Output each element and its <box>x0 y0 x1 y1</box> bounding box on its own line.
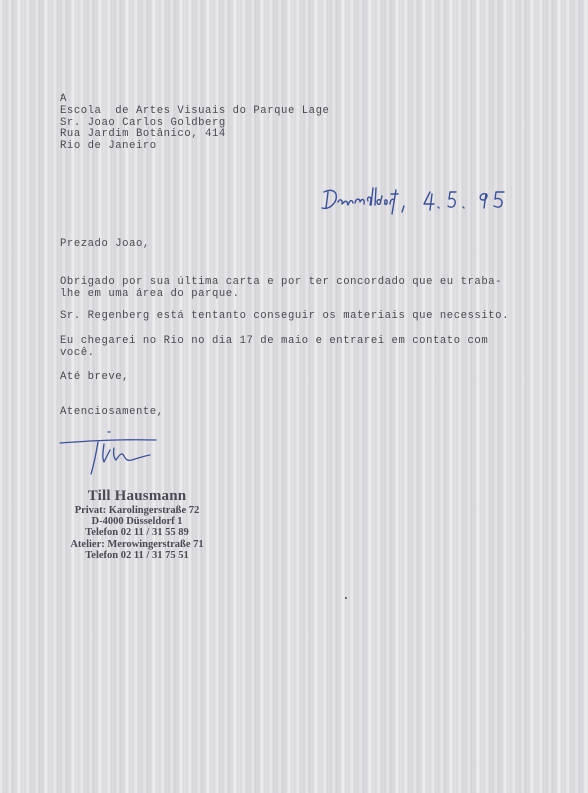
paper-speck <box>61 95 62 96</box>
recipient-line-2: Sr. Joao Carlos Goldberg <box>60 117 226 129</box>
recipient-line-3: Rua Jardim Botânico, 414 <box>60 128 226 140</box>
body-paragraph-1: Obrigado por sua última carta e por ter … <box>60 277 502 301</box>
closing-regards: Atenciosamente, <box>60 407 164 419</box>
letter-page: A Escola de Artes Visuais do Parque Lage… <box>0 0 588 793</box>
stamp-phone-atelier: Telefon 02 11 / 31 75 51 <box>62 550 212 561</box>
handwritten-place-date: Düsseldorf, 4. 5. 93 <box>318 180 528 220</box>
signature-icon <box>58 430 168 480</box>
recipient-line-4: Rio de Janeiro <box>60 140 157 152</box>
recipient-line-1: Escola de Artes Visuais do Parque Lage <box>60 105 329 117</box>
stamp-private-address: Privat: Karolingerstraße 72 <box>62 505 212 516</box>
stamp-phone-private: Telefon 02 11 / 31 55 89 <box>62 527 212 538</box>
handwriting-icon <box>318 180 528 220</box>
paper-speck <box>345 597 347 599</box>
closing-see-you: Até breve, <box>60 372 129 384</box>
stamp-atelier-address: Atelier: Merowingerstraße 71 <box>62 539 212 550</box>
stamp-name: Till Hausmann <box>62 488 212 505</box>
salutation: Prezado Joao, <box>60 239 150 251</box>
letterhead-stamp: Till Hausmann Privat: Karolingerstraße 7… <box>62 488 212 561</box>
recipient-address: A Escola de Artes Visuais do Parque Lage… <box>60 94 329 153</box>
signature: Till <box>58 430 168 480</box>
body-paragraph-3: Eu chegarei no Rio no dia 17 de maio e e… <box>60 336 488 360</box>
body-paragraph-2: Sr. Regenberg está tentanto conseguir os… <box>60 311 509 323</box>
stamp-city: D-4000 Düsseldorf 1 <box>62 516 212 527</box>
